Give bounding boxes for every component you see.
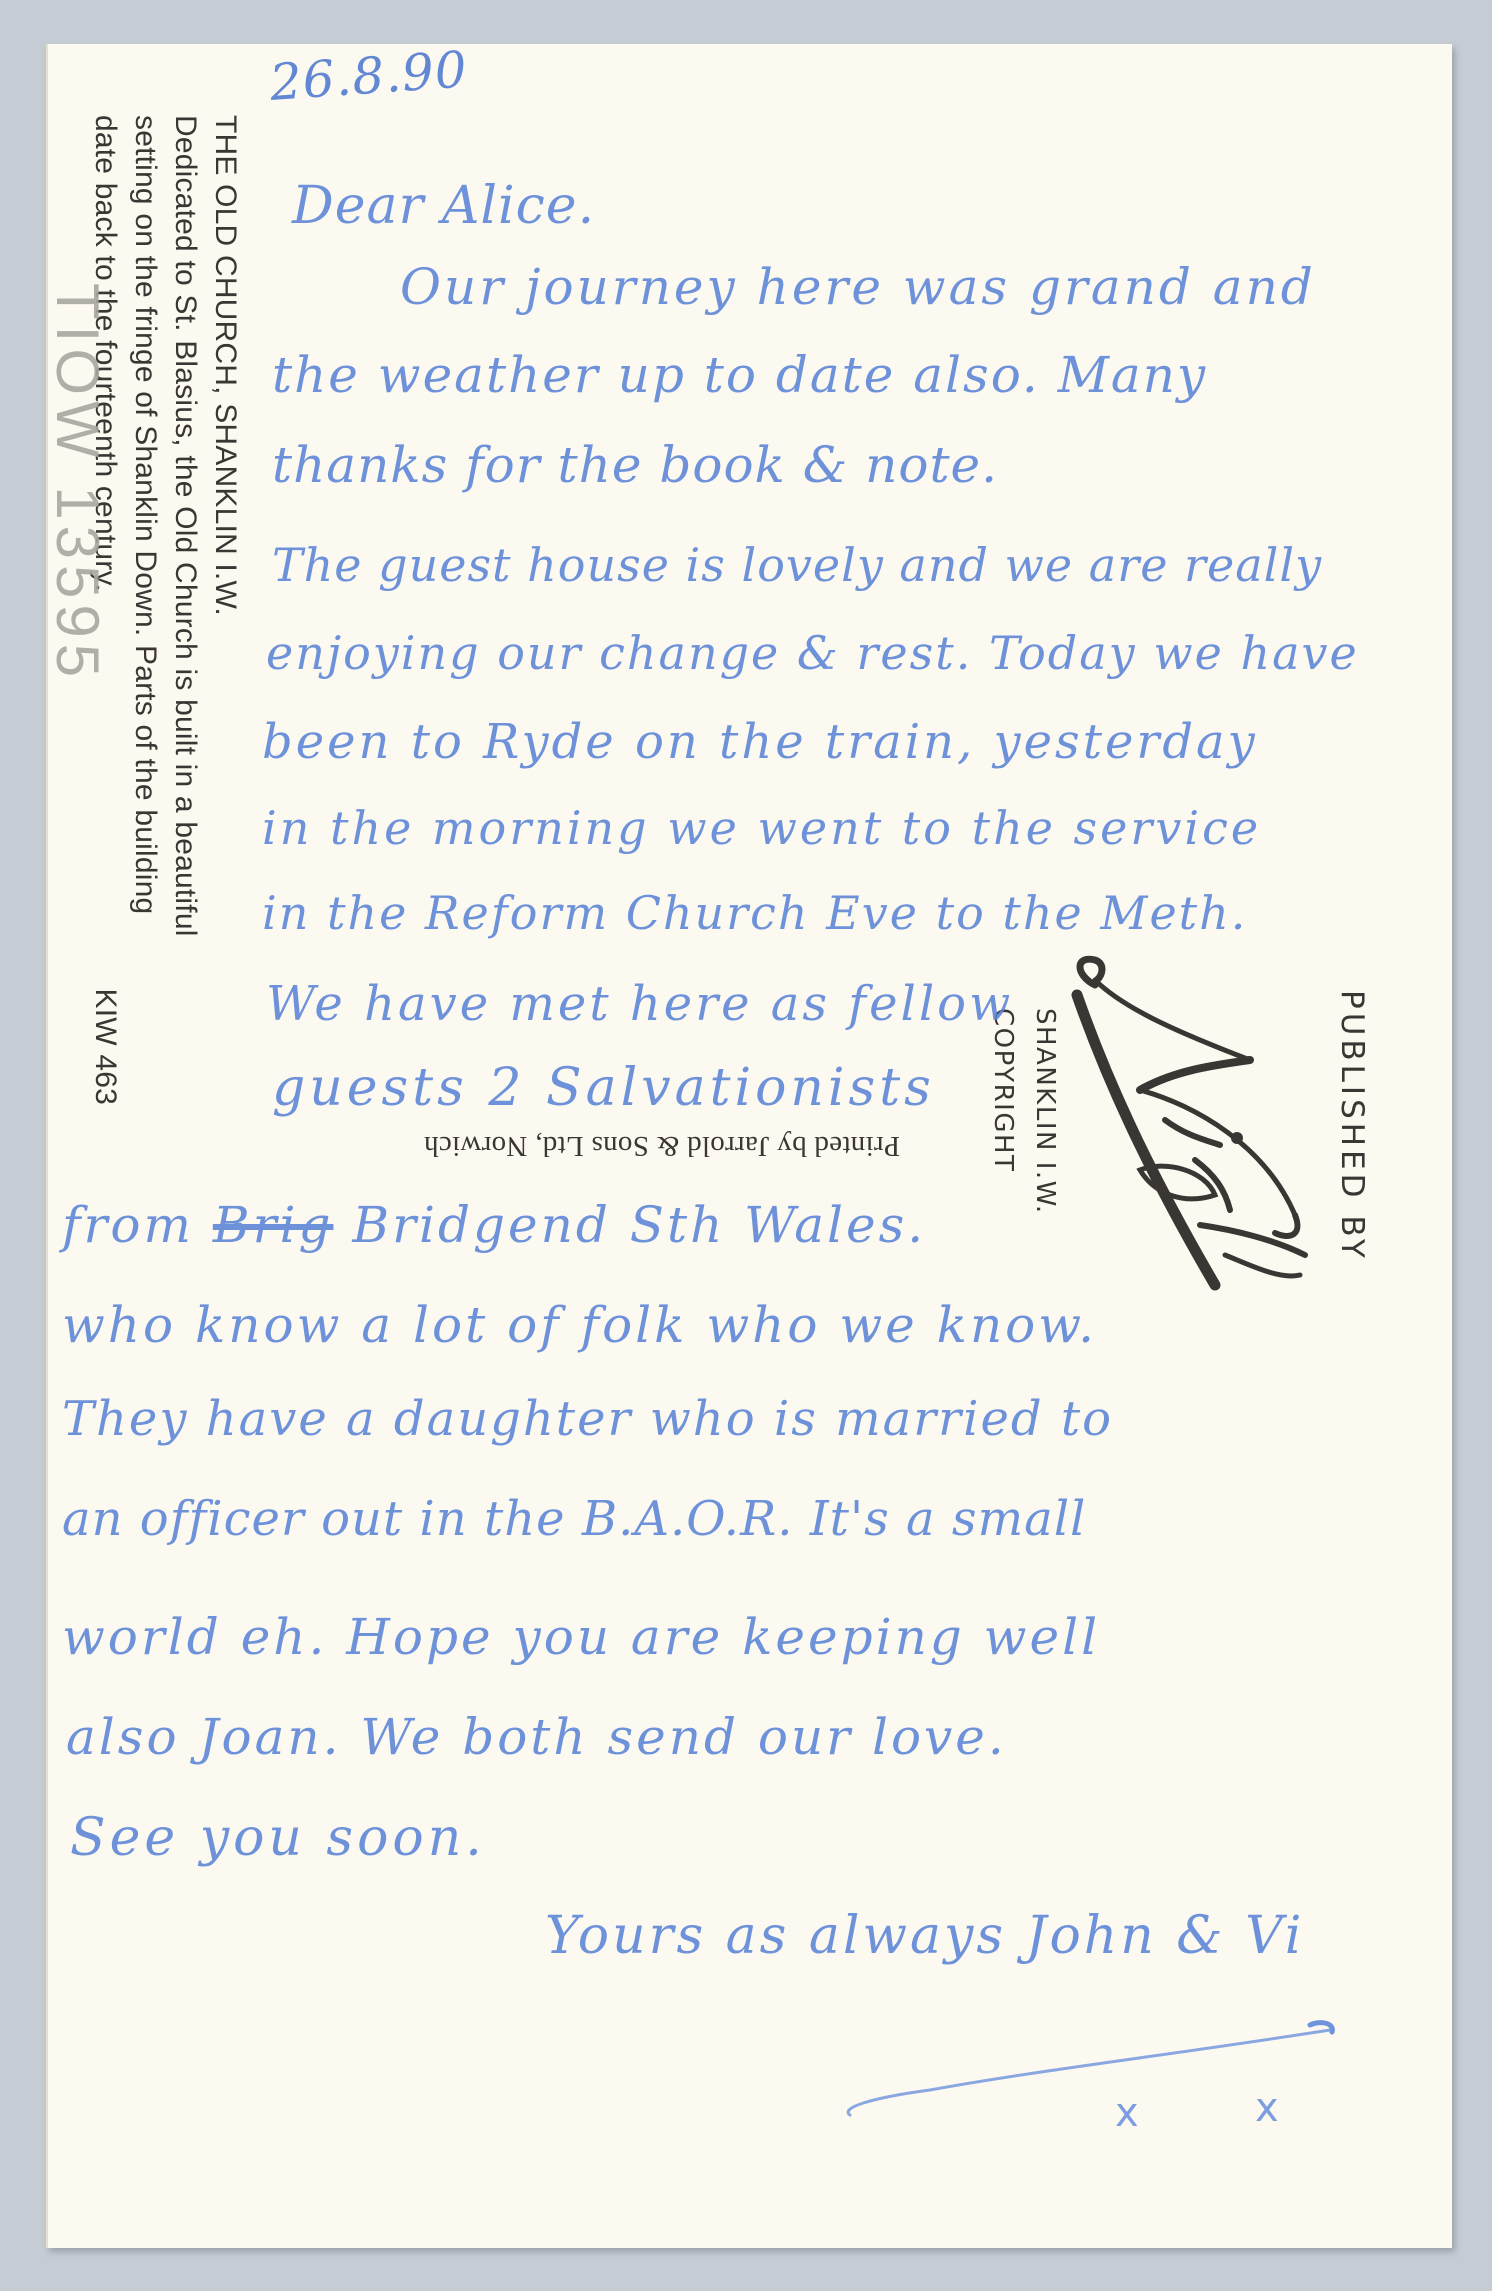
handwritten-line: The guest house is lovely and we are rea… bbox=[272, 542, 1322, 588]
handwritten-line: thanks for the book & note. bbox=[272, 440, 998, 490]
caption-code: KIW 463 bbox=[85, 989, 125, 1105]
handwritten-date: 26.8.90 bbox=[268, 44, 469, 108]
handwritten-line: in the Reform Church Eve to the Meth. bbox=[262, 890, 1247, 936]
publisher-place: SHANKLIN I.W. bbox=[1030, 1008, 1060, 1215]
handwritten-signoff: Yours as always John & Vi bbox=[545, 1910, 1304, 1962]
published-by-label: PUBLISHED BY bbox=[1334, 990, 1370, 1262]
caption-title: THE OLD CHURCH, SHANKLIN I.W. bbox=[205, 115, 245, 1105]
handwritten-line: world eh. Hope you are keeping well bbox=[62, 1612, 1100, 1662]
handwritten-line: in the morning we went to the service bbox=[262, 805, 1261, 851]
handwritten-word: Bridgend Sth Wales. bbox=[352, 1196, 926, 1254]
caption-line: setting on the fringe of Shanklin Down. … bbox=[125, 115, 165, 1105]
handwritten-line: an officer out in the B.A.O.R. It's a sm… bbox=[62, 1495, 1086, 1543]
handwritten-line: They have a daughter who is married to bbox=[62, 1395, 1113, 1443]
handwritten-line: We have met here as fellow bbox=[266, 980, 1013, 1028]
handwritten-line-start: from Brig Bridgend Sth Wales. bbox=[62, 1200, 926, 1250]
handwritten-line: enjoying our change & rest. Today we hav… bbox=[266, 630, 1359, 676]
handwritten-line: guests 2 Salvationists bbox=[272, 1062, 935, 1114]
handwritten-line: Our journey here was grand and bbox=[400, 262, 1316, 312]
kiss-mark: x bbox=[1255, 2085, 1279, 2131]
handwritten-line: the weather up to date also. Many bbox=[272, 350, 1207, 400]
caption-line: Dedicated to St. Blasius, the Old Church… bbox=[165, 115, 205, 1105]
kiss-mark: x bbox=[1115, 2090, 1139, 2136]
handwritten-line: who know a lot of folk who we know. bbox=[62, 1300, 1097, 1350]
handwritten-word: from bbox=[62, 1196, 194, 1254]
handwritten-greeting: Dear Alice. bbox=[292, 180, 595, 232]
handwritten-line: also Joan. We both send our love. bbox=[66, 1712, 1007, 1762]
pencil-annotation: TIOW 13595 bbox=[43, 283, 112, 683]
handwritten-line: See you soon. bbox=[70, 1812, 486, 1864]
crossed-out-word: Brig bbox=[213, 1196, 334, 1254]
printer-credit: Printed by Jarrold & Sons Ltd, Norwich bbox=[424, 1129, 900, 1162]
publisher-copyright: COPYRIGHT bbox=[988, 1008, 1018, 1172]
nigh-logo-icon bbox=[1065, 955, 1325, 1300]
handwritten-line: been to Ryde on the train, yesterday bbox=[262, 718, 1258, 766]
